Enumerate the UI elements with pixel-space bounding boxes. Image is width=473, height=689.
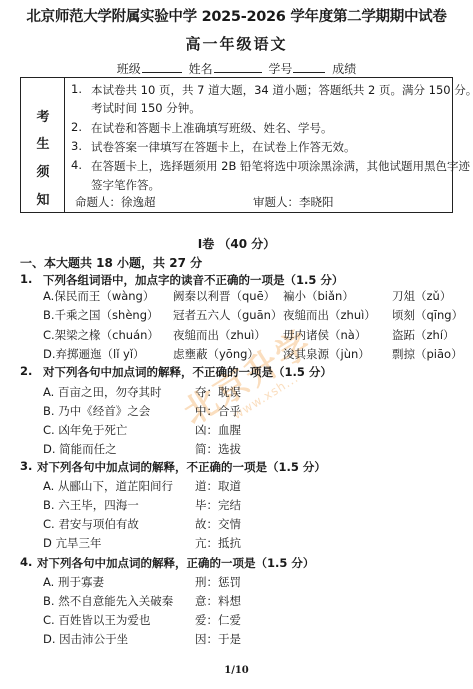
q1-option-d-3: 浚其泉源（jùn） xyxy=(283,346,370,362)
q1-option-c-4: 盗跖（zhí） xyxy=(392,327,455,343)
notice-label-char: 考 xyxy=(21,106,65,125)
question-number: 2. xyxy=(20,364,32,378)
q2-option-a-gloss: 夺：耽误 xyxy=(195,384,241,400)
q1-option-d-2: 虑壅蔽（yōng） xyxy=(173,346,259,362)
section-heading: 一、本大题共 18 小题，共 27 分 xyxy=(20,254,202,271)
question-stem: 下列各组词语中，加点字的读音不正确的一项是（1.5 分） xyxy=(43,272,343,288)
q1-option-a-4: 刀俎（zǔ） xyxy=(392,288,451,304)
q1-option-a-1: A.保民而王（wàng） xyxy=(43,288,154,304)
field-class-label: 班级 xyxy=(117,62,141,76)
q1-option-c-1: C.架梁之椽（chuán） xyxy=(43,327,159,343)
q3-option-b-gloss: 毕：完结 xyxy=(195,497,241,513)
q1-option-b-4: 顷刻（qīng） xyxy=(392,307,463,323)
notice-body: 1. 本试卷共 10 页，共 7 道大题，34 道小题；答题纸共 2 页。满分 … xyxy=(67,78,452,212)
field-id-blank[interactable] xyxy=(293,61,325,73)
q2-option-c-gloss: 凶：血腥 xyxy=(195,422,241,438)
q4-option-c-gloss: 爱：仁爱 xyxy=(195,612,241,628)
q1-option-c-3: 毋内诸侯（nà） xyxy=(283,327,366,343)
part-heading: I卷 （40 分） xyxy=(0,235,473,252)
student-info-fields: 班级 姓名 学号 成绩 xyxy=(0,60,473,77)
q2-option-b-gloss: 中：合乎 xyxy=(195,403,241,419)
q3-option-a-gloss: 道：取道 xyxy=(195,478,241,494)
question-stem: 对下列各句中加点词的解释，不正确的一项是（1.5 分） xyxy=(37,459,326,475)
question-number: 1. xyxy=(20,272,32,286)
q2-option-d-gloss: 简：选拔 xyxy=(195,441,241,457)
q3-option-a: A. 从郦山下，道芷阳间行 xyxy=(43,478,173,494)
question-number: 3. xyxy=(20,459,32,473)
field-name-label: 姓名 xyxy=(189,62,213,76)
q1-option-c-2: 夜缒而出（zhuì） xyxy=(173,327,266,343)
page-number: 1/10 xyxy=(0,665,473,676)
q3-option-c: C. 君安与项伯有故 xyxy=(43,516,139,532)
q1-option-b-3: 夜缒而出（zhuì） xyxy=(283,307,376,323)
question-stem: 对下列各句中加点词的解释，正确的一项是（1.5 分） xyxy=(37,555,314,571)
q3-option-c-gloss: 故：交情 xyxy=(195,516,241,532)
q2-option-b: B. 乃中《经首》之会 xyxy=(43,403,150,419)
q2-option-a: A. 百亩之田，勿夺其时 xyxy=(43,384,161,400)
q4-option-a-gloss: 刑：惩罚 xyxy=(195,574,241,590)
q2-option-c: C. 凶年免于死亡 xyxy=(43,422,127,438)
question-stem: 对下列各句中加点词的解释，不正确的一项是（1.5 分） xyxy=(43,364,332,380)
notice-label-char: 生 xyxy=(21,133,65,152)
q4-option-b: B. 然不自意能先入关破秦 xyxy=(43,593,173,609)
q1-option-a-2: 阙秦以利晋（quē） xyxy=(173,288,275,304)
q4-option-a: A. 刑于寡妻 xyxy=(43,574,104,590)
q4-option-d-gloss: 因：于是 xyxy=(195,631,241,647)
exam-notice-box: 考 生 须 知 1. 本试卷共 10 页，共 7 道大题，34 道小题；答题纸共… xyxy=(20,77,453,213)
q4-option-b-gloss: 意：料想 xyxy=(195,593,241,609)
field-class-blank[interactable] xyxy=(142,61,182,73)
reviewer-name: 审题人：李晓阳 xyxy=(253,194,334,210)
q3-option-d-gloss: 亢：抵抗 xyxy=(195,535,241,551)
setter-name: 命题人：徐逸超 xyxy=(75,194,156,210)
exam-title: 北京师范大学附属实验中学 2025-2026 学年度第二学期期中试卷 xyxy=(0,5,473,26)
field-name-blank[interactable] xyxy=(214,61,262,73)
q3-option-b: B. 六王毕，四海一 xyxy=(43,497,139,513)
q4-option-c: C. 百姓皆以王为爱也 xyxy=(43,612,150,628)
exam-subtitle: 高一年级语文 xyxy=(0,33,473,54)
q1-option-b-2: 冠者五六人（guān） xyxy=(173,307,282,323)
q1-option-a-3: 褊小（biǎn） xyxy=(283,288,354,304)
q3-option-d: D 亢旱三年 xyxy=(43,535,102,551)
q2-option-d: D. 简能而任之 xyxy=(43,441,117,457)
q4-option-d: D. 因击沛公于坐 xyxy=(43,631,128,647)
notice-label-column: 考 生 须 知 xyxy=(21,78,65,212)
field-id-label: 学号 xyxy=(268,62,292,76)
field-score-label: 成绩 xyxy=(332,62,356,76)
notice-label-char: 知 xyxy=(21,189,65,208)
q1-option-b-1: B.千乘之国（shèng） xyxy=(43,307,159,323)
q1-option-d-4: 剽掠（piāo） xyxy=(392,346,463,362)
question-number: 4. xyxy=(20,555,32,569)
q1-option-d-1: D.弃掷逦迤（lǐ yǐ） xyxy=(43,346,145,362)
notice-label-char: 须 xyxy=(21,161,65,180)
